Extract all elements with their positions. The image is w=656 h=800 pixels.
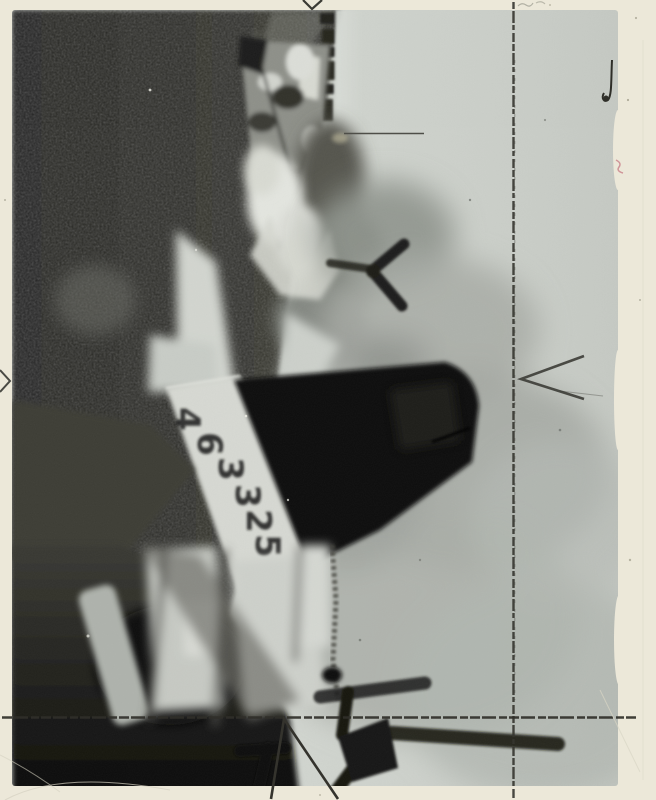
film-grain bbox=[12, 10, 618, 786]
photo-canvas: 4 6 3 3 2 5 bbox=[0, 0, 656, 800]
hook-mark-dot bbox=[604, 96, 609, 101]
photograph: 4 6 3 3 2 5 bbox=[12, 10, 656, 800]
scanned-photograph: 4 6 3 3 2 5 bbox=[0, 0, 656, 800]
